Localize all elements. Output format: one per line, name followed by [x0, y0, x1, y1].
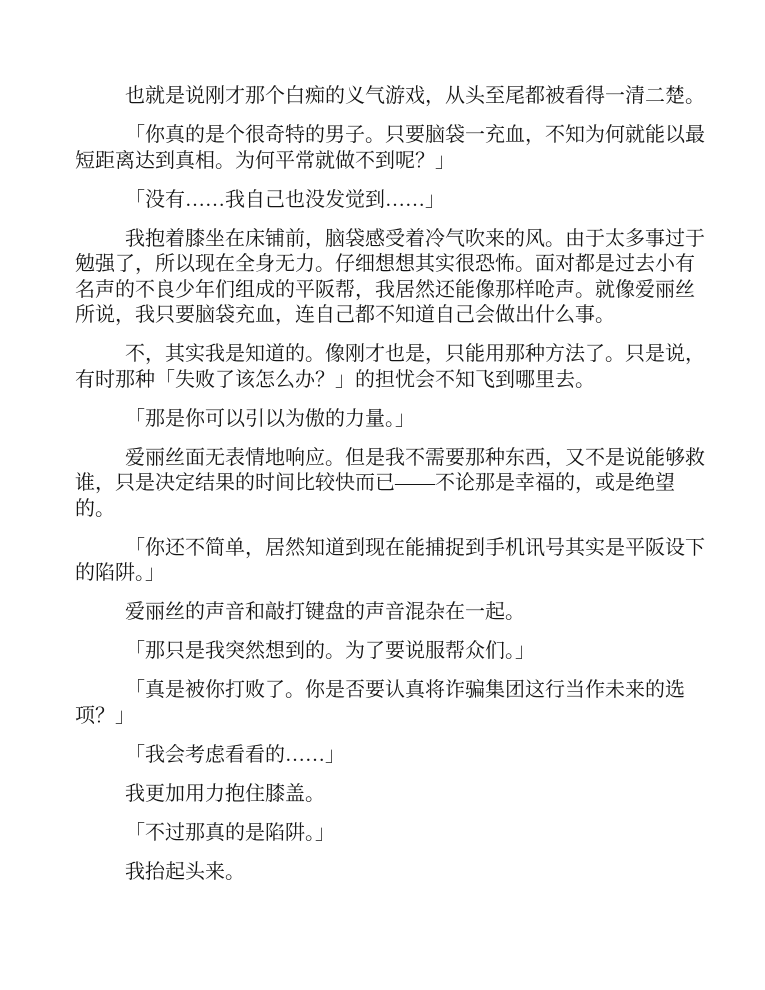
paragraph: 「没有……我自己也没发觉到……」 [75, 188, 705, 214]
paragraph: 「我会考虑看看的……」 [75, 743, 705, 769]
paragraph: 我更加用力抱住膝盖。 [75, 782, 705, 808]
paragraph: 爱丽丝面无表情地响应。但是我不需要那种东西，又不是说能够救谁，只是决定结果的时间… [75, 446, 705, 523]
paragraph: 「不过那真的是陷阱。」 [75, 821, 705, 847]
paragraph: 「你还不简单，居然知道到现在能捕捉到手机讯号其实是平阪设下的陷阱。」 [75, 536, 705, 587]
paragraph: 不，其实我是知道的。像刚才也是，只能用那种方法了。只是说，有时那种「失败了该怎么… [75, 342, 705, 393]
paragraph: 「真是被你打败了。你是否要认真将诈骗集团这行当作未来的选项？」 [75, 678, 705, 729]
paragraph: 我抱着膝坐在床铺前，脑袋感受着冷气吹来的风。由于太多事过于勉强了，所以现在全身无… [75, 227, 705, 329]
paragraph: 也就是说刚才那个白痴的义气游戏，从头至尾都被看得一清二楚。 [75, 84, 705, 110]
document-page: 也就是说刚才那个白痴的义气游戏，从头至尾都被看得一清二楚。 「你真的是个很奇特的… [0, 0, 765, 990]
paragraph: 「那只是我突然想到的。为了要说服帮众们。」 [75, 639, 705, 665]
paragraph: 我抬起头来。 [75, 860, 705, 886]
paragraph: 爱丽丝的声音和敲打键盘的声音混杂在一起。 [75, 600, 705, 626]
paragraph: 「你真的是个很奇特的男子。只要脑袋一充血，不知为何就能以最短距离达到真相。为何平… [75, 123, 705, 174]
paragraph: 「那是你可以引以为傲的力量。」 [75, 407, 705, 433]
